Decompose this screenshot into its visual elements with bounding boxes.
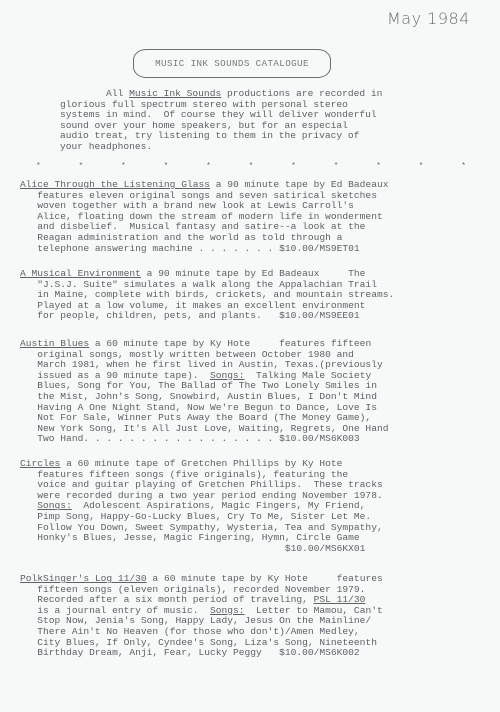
songs-label: Songs: [210, 370, 245, 381]
entry-description: "J.S.J. Suite" simulates a walk along th… [20, 279, 394, 322]
catalogue-title-box: MUSIC INK SOUNDS CATALOGUE [133, 49, 331, 78]
star-icon: * [121, 162, 126, 171]
star-icon: * [79, 162, 84, 171]
entry-summary: a 60 minute tape of Gretchen Phillips by… [60, 458, 342, 469]
entry-title: Alice Through the Listening Glass [20, 179, 210, 190]
brand-name: Music Ink Sounds [129, 88, 221, 99]
entry-summary: a 90 minute tape by Ed Badeaux [210, 179, 388, 190]
entry-title: PolkSinger's Log 11/30 [20, 573, 147, 584]
entry-description: features eleven original songs and seven… [20, 190, 383, 254]
catalogue-entry-circles: Circles a 60 minute tape of Gretchen Phi… [20, 459, 490, 554]
star-icon: * [36, 162, 41, 171]
handwritten-date: May 1984 [387, 9, 470, 28]
star-icon: * [376, 162, 381, 171]
intro-paragraph: All Music Ink Sounds productions are rec… [60, 89, 460, 153]
catalogue-page: May 1984 MUSIC INK SOUNDS CATALOGUE All … [0, 0, 500, 712]
star-icon: * [461, 162, 466, 171]
star-separator: * * * * * * * * * * * [36, 162, 466, 171]
intro-text: productions are recorded in [221, 88, 382, 99]
intro-line: audio treat, try listening to them in th… [60, 130, 359, 141]
entry-title: Circles [20, 458, 60, 469]
entry-summary: a 60 minute tape by Ky Hote features [147, 573, 383, 584]
star-icon: * [419, 162, 424, 171]
intro-line: glorious full spectrum stereo with perso… [60, 99, 348, 110]
intro-line: your headphones. [60, 141, 152, 152]
entry-title: A Musical Environment [20, 268, 141, 279]
intro-line: systems in mind. Of course they will del… [60, 109, 377, 120]
catalogue-entry-austin-blues: Austin Blues a 60 minute tape by Ky Hote… [20, 339, 490, 445]
song-list: Adolescent Aspirations, Magic Fingers, M… [20, 500, 383, 553]
songs-label: Songs: [210, 605, 245, 616]
intro-line: sound over your home speakers, but for a… [60, 120, 348, 131]
catalogue-title: MUSIC INK SOUNDS CATALOGUE [155, 58, 309, 69]
catalogue-entry-alice: Alice Through the Listening Glass a 90 m… [20, 180, 490, 254]
star-icon: * [249, 162, 254, 171]
star-icon: * [206, 162, 211, 171]
star-icon: * [334, 162, 339, 171]
entry-summary: a 90 minute tape by Ed Badeaux The [141, 268, 366, 279]
intro-indent: All [60, 88, 129, 99]
psl-reference: PSL 11/30 [314, 594, 366, 605]
star-icon: * [291, 162, 296, 171]
star-icon: * [164, 162, 169, 171]
catalogue-entry-polksingers-log: PolkSinger's Log 11/30 a 60 minute tape … [20, 574, 490, 659]
catalogue-entry-musical-environment: A Musical Environment a 90 minute tape b… [20, 269, 490, 322]
song-list: Talking Male Society Blues, Song for You… [20, 370, 388, 445]
songs-label: Songs: [37, 500, 72, 511]
entry-title: Austin Blues [20, 338, 89, 349]
entry-description-cont: is a journal entry of music. [20, 605, 210, 616]
entry-summary: a 60 minute tape by Ky Hote features fif… [89, 338, 371, 349]
